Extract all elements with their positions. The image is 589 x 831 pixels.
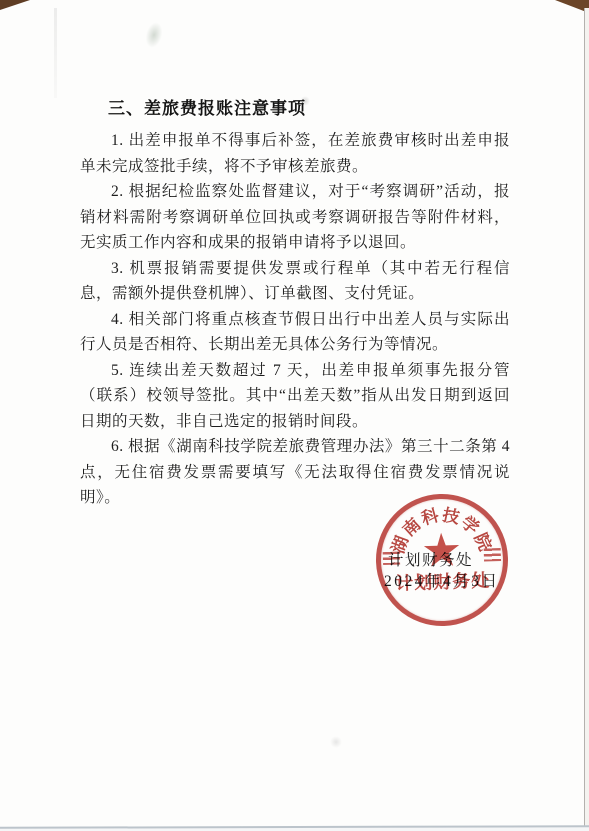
- paragraph-6: 6. 根据《湖南科技学院差旅费管理办法》第三十二条第 4 点，无住宿费发票需要填…: [80, 434, 510, 511]
- seal-arc-char: 院: [438, 526, 501, 570]
- seal-arc-char: 学: [433, 507, 487, 567]
- document-body: 三、差旅费报账注意事项 1. 出差申报单不得事后补签，在差旅费审核时出差申报单未…: [80, 94, 510, 511]
- paragraph-5: 5. 连续出差天数超过 7 天，出差申报单须事先报分管（联系）校领导签批。其中“…: [80, 358, 510, 435]
- seal-dash-right-icon: [484, 548, 501, 562]
- scan-smudge: [143, 20, 165, 49]
- document-title: 三、差旅费报账注意事项: [108, 94, 510, 119]
- seal-arc-char: 南: [394, 509, 450, 567]
- star-icon: ★: [420, 527, 463, 574]
- scan-smudge: [330, 736, 342, 748]
- seal-ring-icon: [374, 492, 511, 629]
- seal-dash-left-icon: [383, 551, 400, 565]
- official-seal: 湖南科技学院 ★ 计划财务处: [374, 492, 511, 629]
- signature-department: 计划财务处: [388, 548, 473, 570]
- page-edge-right-shade: [585, 8, 589, 831]
- seal-arc-char: 湖: [383, 529, 446, 570]
- seal-department-text: 计划财务处: [376, 566, 509, 597]
- scanned-document-page: 三、差旅费报账注意事项 1. 出差申报单不得事后补签，在差旅费审核时出差申报单未…: [0, 0, 589, 831]
- scan-smudge: [54, 8, 57, 98]
- paragraph-2: 2. 根据纪检监察处监督建议，对于“考察调研”活动，报销材料需附考察调研单位回执…: [80, 179, 510, 256]
- seal-arc-text: 湖南科技学院: [374, 492, 511, 629]
- signature-date: 2024年4月3日: [384, 569, 500, 591]
- paragraph-4: 4. 相关部门将重点核查节假日出行中出差人员与实际出行人员是否相符、长期出差无具…: [80, 307, 510, 358]
- scan-corner-top-left: [0, 0, 30, 10]
- paragraph-3: 3. 机票报销需要提供发票或行程单（其中若无行程信息，需额外提供登机牌）、订单截…: [80, 256, 510, 307]
- page-edge-right: [584, 8, 586, 827]
- paragraph-1: 1. 出差申报单不得事后补签，在差旅费审核时出差申报单未完成签批手续，将不予审核…: [80, 128, 510, 179]
